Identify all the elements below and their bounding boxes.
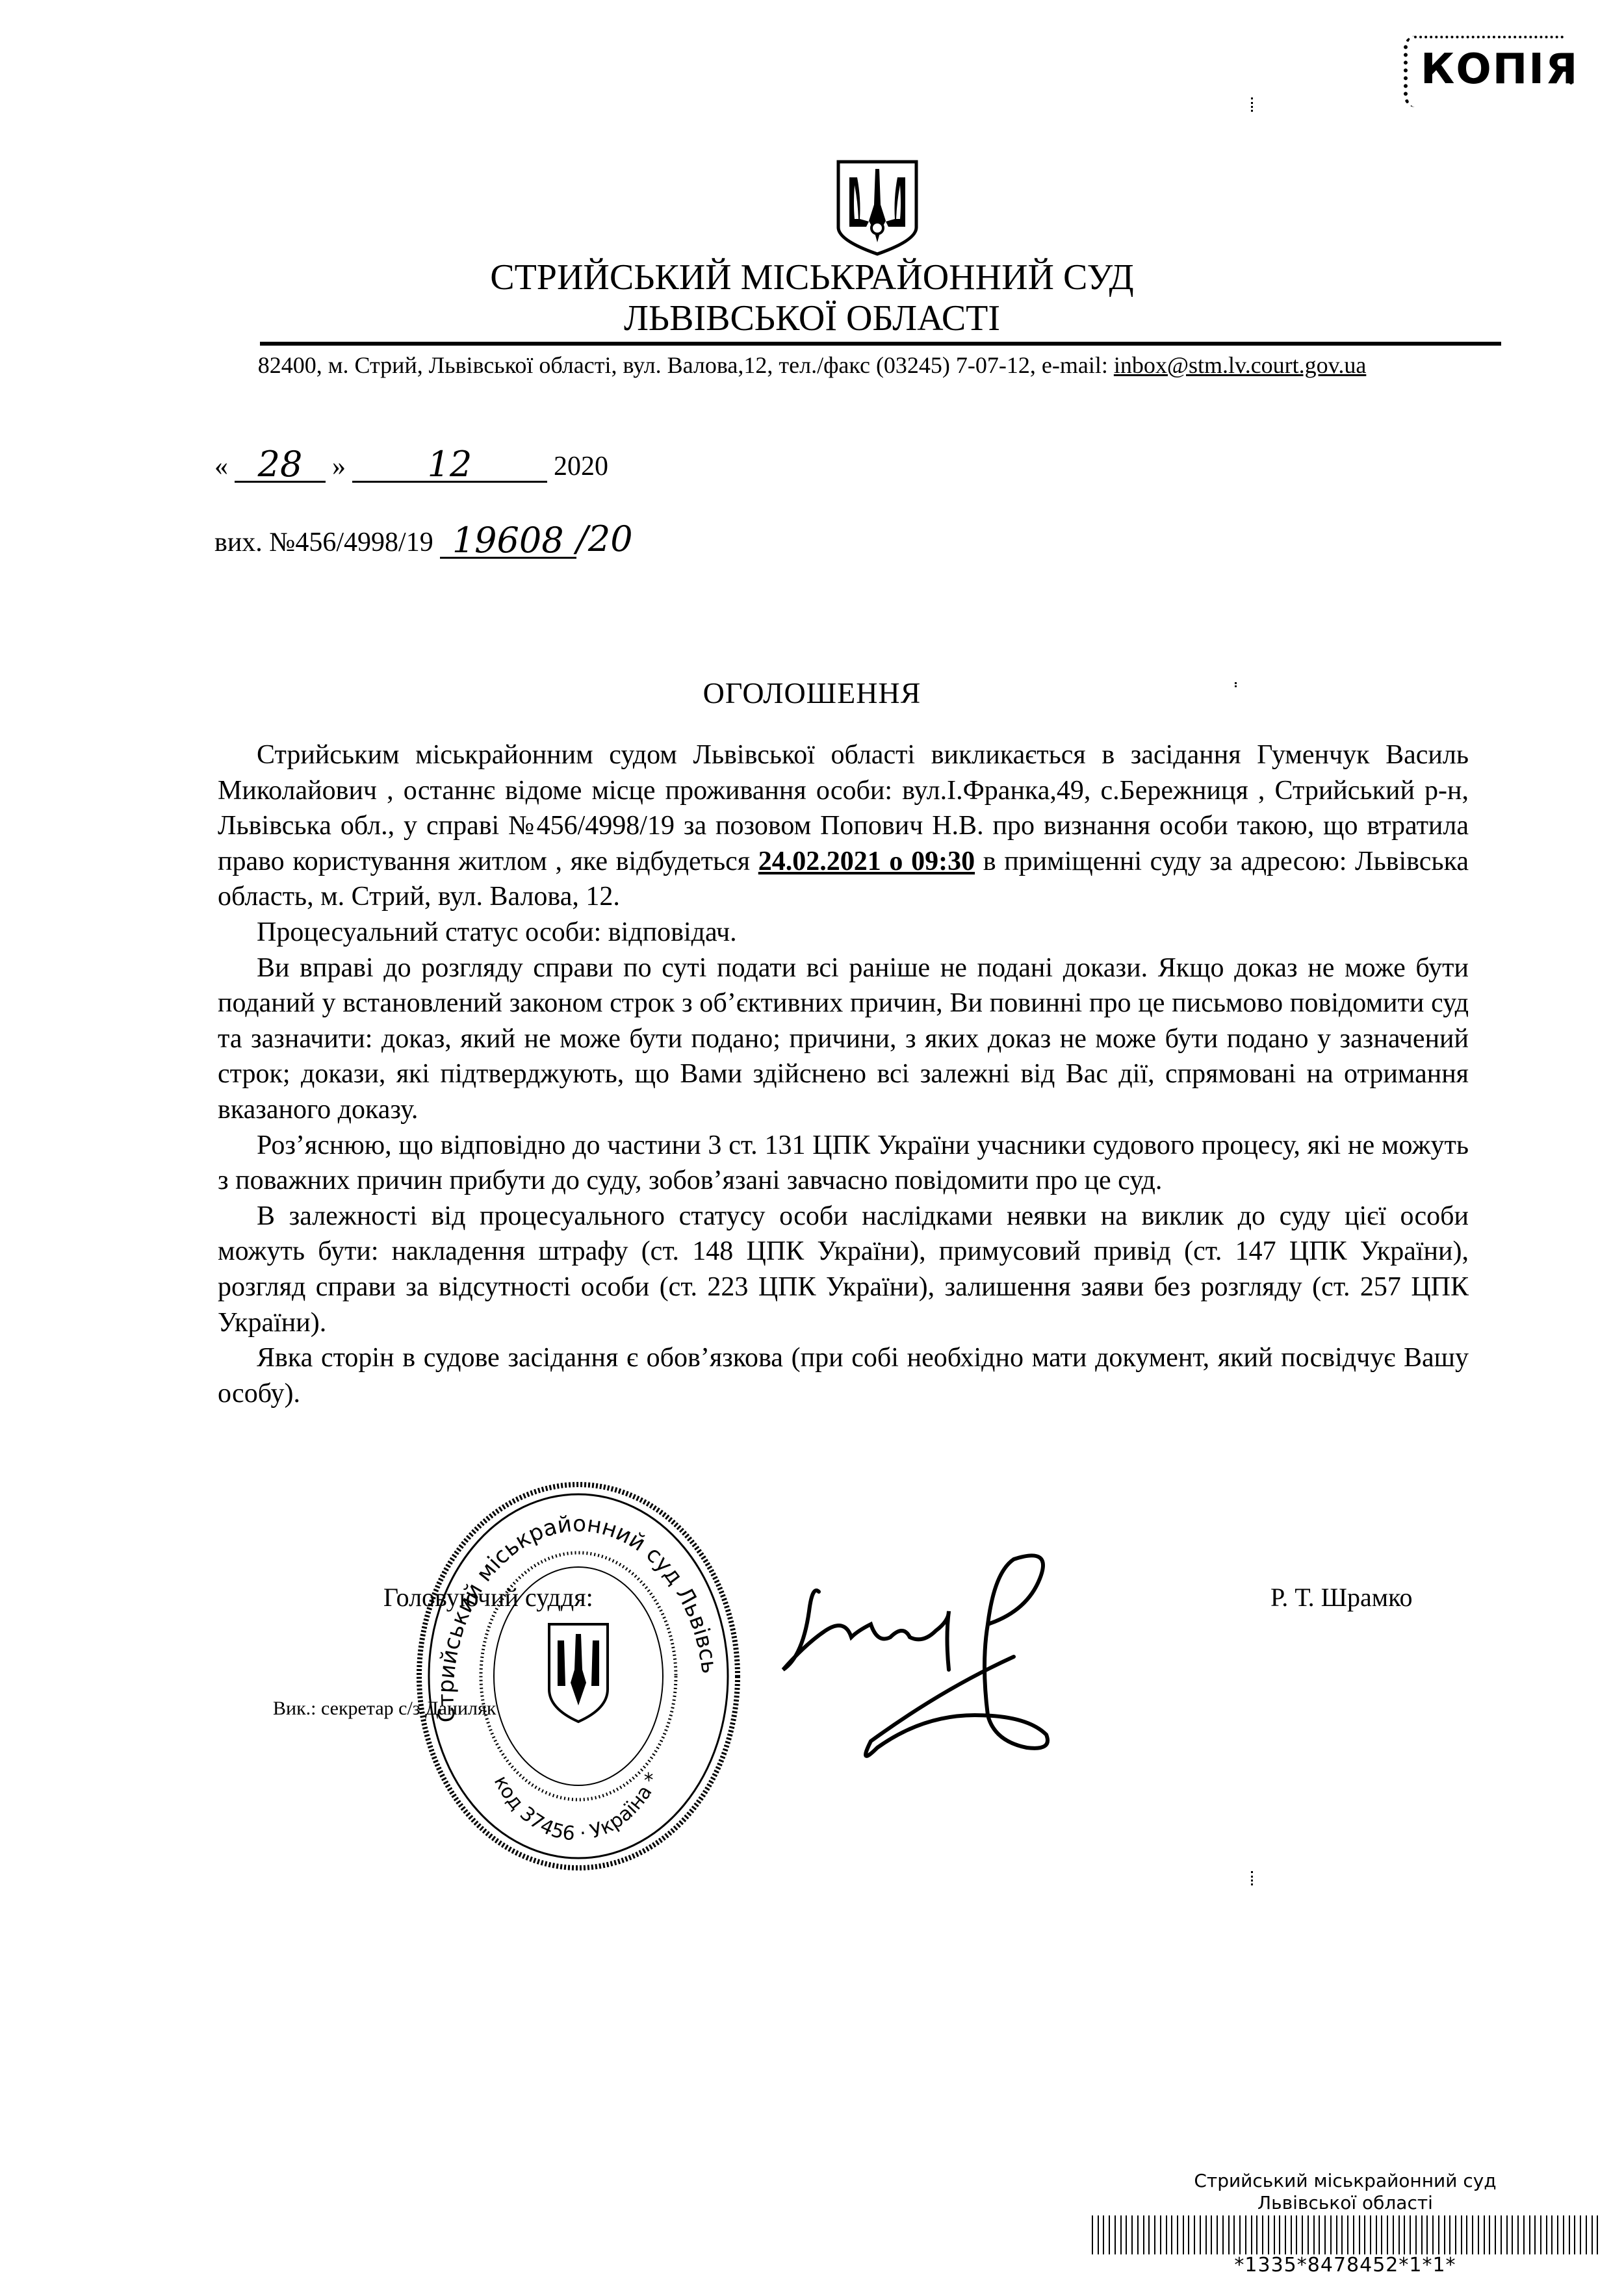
- court-name-line1: СТРИЙСЬКИЙ МІСЬКРАЙОННИЙ СУД: [0, 257, 1624, 298]
- copy-stamp-label: КОПІЯ: [1421, 49, 1579, 90]
- scan-mark: [1251, 1871, 1255, 1885]
- paragraph-attendance: Явка сторін в судове засідання є обов’яз…: [218, 1340, 1469, 1411]
- document-body: Стрийським міськрайонним судом Львівсько…: [218, 737, 1469, 1411]
- court-name-line2: ЛЬВІВСЬКОЇ ОБЛАСТІ: [0, 298, 1624, 339]
- barcode-org-line1: Стрийський міськрайонний суд: [1079, 2170, 1612, 2192]
- paragraph-notice: Роз’яснюю, що відповідно до частини 3 ст…: [218, 1128, 1469, 1199]
- date-open-quote: «: [214, 452, 228, 481]
- paragraph-consequences: В залежності від процесуального статусу …: [218, 1199, 1469, 1340]
- court-address: 82400, м. Стрий, Львівської області, вул…: [0, 351, 1624, 379]
- official-seal-icon: Стрийський міськрайонний суд Львівської …: [409, 1475, 747, 1878]
- outgoing-number: вих. №456/4998/1919608/20: [214, 523, 633, 559]
- outgoing-handwritten-suffix: /20: [576, 518, 633, 559]
- barcode-footer: Стрийський міськрайонний суд Львівської …: [1079, 2170, 1612, 2277]
- judge-name: Р. Т. Шрамко: [1270, 1582, 1413, 1613]
- date-close-quote: »: [332, 452, 346, 481]
- date-month-handwritten: 12: [352, 448, 547, 483]
- date-year: 2020: [554, 452, 608, 481]
- outgoing-handwritten-number: 19608: [440, 524, 576, 559]
- stamp-dots-top: [1414, 36, 1564, 45]
- date-day-handwritten: 28: [235, 448, 326, 483]
- judge-title: Головуючий суддя:: [383, 1582, 593, 1613]
- barcode-text: *1335*8478452*1*1*: [1079, 2254, 1612, 2277]
- address-text: 82400, м. Стрий, Львівської області, вул…: [258, 352, 1114, 378]
- document-date: «28»122020: [214, 448, 608, 483]
- barcode-org-line2: Львівської області: [1079, 2192, 1612, 2214]
- paragraph-evidence: Ви вправі до розгляду справи по суті под…: [218, 950, 1469, 1128]
- header-divider: [260, 342, 1501, 346]
- paragraph-summons: Стрийським міськрайонним судом Львівсько…: [218, 737, 1469, 915]
- judge-signature-icon: [780, 1546, 1222, 1780]
- barcode-icon: [1092, 2215, 1599, 2254]
- outgoing-prefix: вих. №456/4998/19: [214, 528, 433, 557]
- copy-stamp: КОПІЯ: [1404, 36, 1577, 107]
- svg-text:код 37456 · Україна *: код 37456 · Україна *: [489, 1769, 665, 1846]
- email-link[interactable]: inbox@stm.lv.court.gov.ua: [1114, 352, 1366, 378]
- executor-line: Вик.: секретар с/з Даниляк: [273, 1697, 496, 1720]
- document-title: ОГОЛОШЕННЯ: [0, 676, 1624, 711]
- scan-mark: [1235, 682, 1239, 687]
- scan-mark: [1251, 97, 1255, 112]
- paragraph-status: Процесуальний статус особи: відповідач.: [218, 915, 1469, 950]
- coat-of-arms-icon: [835, 159, 920, 257]
- hearing-datetime: 24.02.2021 о 09:30: [758, 847, 975, 876]
